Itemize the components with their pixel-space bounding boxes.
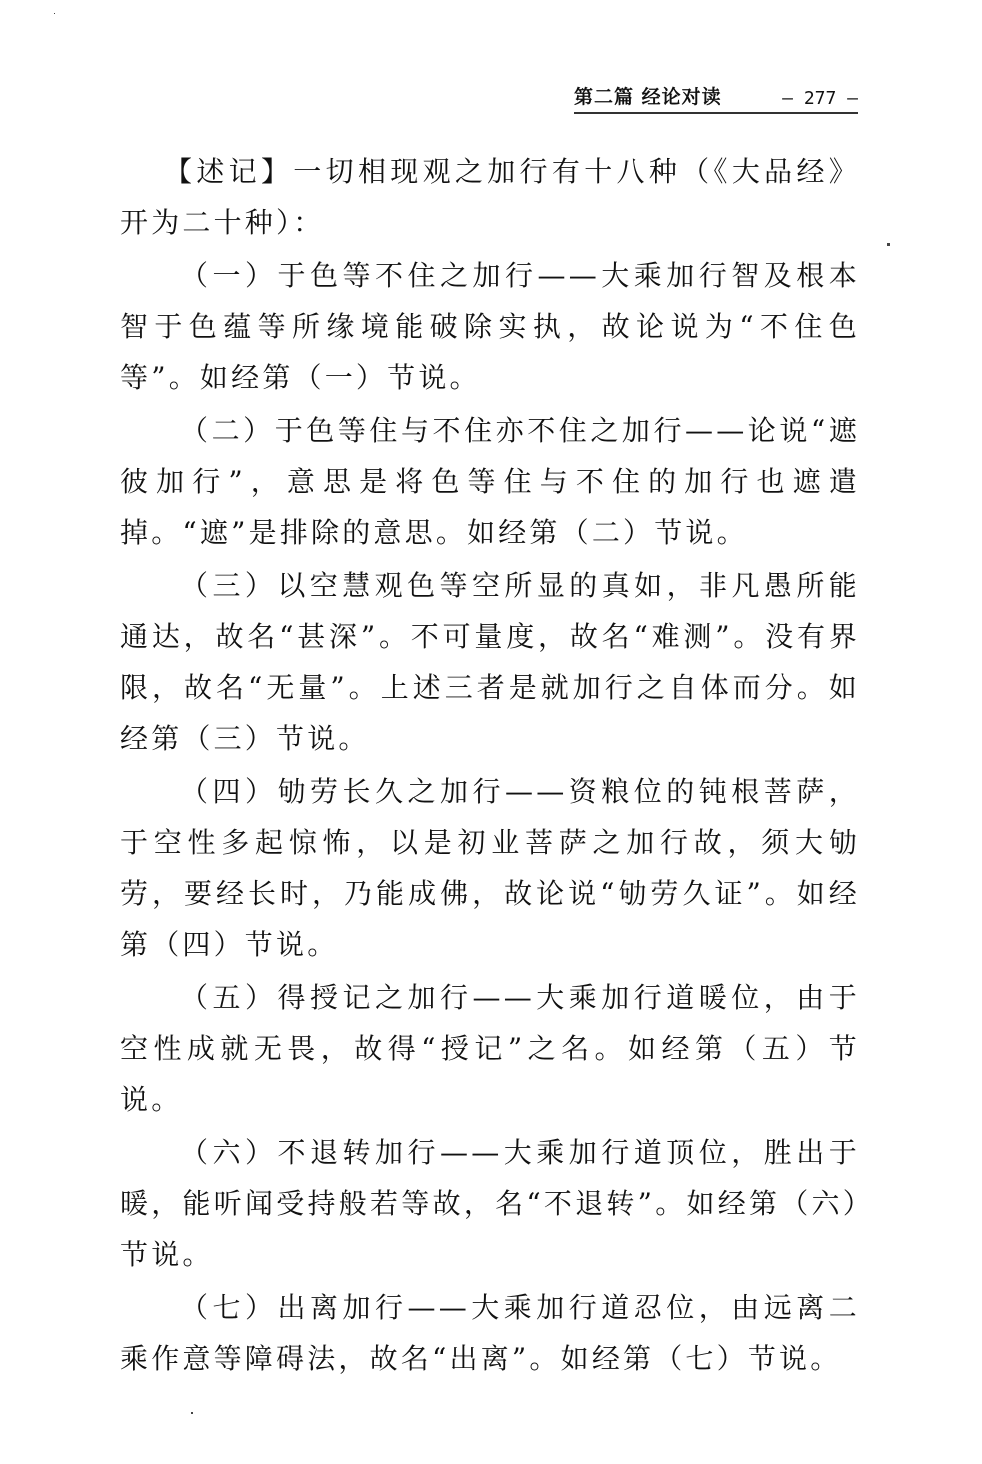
paragraph-item-5: （五）得授记之加行——大乘加行道暖位，由于空性成就无畏，故得“授记”之名。如经第… [120, 972, 860, 1125]
paragraph-item-3: （三）以空慧观色等空所显的真如，非凡愚所能通达，故名“甚深”。不可量度，故名“难… [120, 560, 860, 764]
section-title: 第二篇 经论对读 [574, 82, 722, 109]
scan-speck [801, 1313, 803, 1316]
page-number: — 277 — [782, 88, 858, 109]
book-page: 第二篇 经论对读 — 277 — 【述记】一切相现观之加行有十八种（《大品经》开… [0, 0, 982, 1464]
paragraph-item-6: （六）不退转加行——大乘加行道顶位，胜出于暖，能听闻受持般若等故，名“不退转”。… [120, 1127, 860, 1280]
paragraph-item-2: （二）于色等住与不住亦不住之加行——论说“遮彼加行”，意思是将色等住与不住的加行… [120, 405, 860, 558]
running-header: 第二篇 经论对读 — 277 — [574, 84, 858, 114]
paragraph-item-1: （一）于色等不住之加行——大乘加行智及根本智于色蕴等所缘境能破除实执，故论说为“… [120, 250, 860, 403]
scan-speck [191, 1412, 193, 1414]
scan-speck [887, 243, 890, 246]
paragraph-item-4: （四）劬劳长久之加行——资粮位的钝根菩萨，于空性多起惊怖，以是初业菩萨之加行故，… [120, 766, 860, 970]
body-text: 【述记】一切相现观之加行有十八种（《大品经》开为二十种）： （一）于色等不住之加… [120, 146, 860, 1386]
paragraph-item-7: （七）出离加行——大乘加行道忍位，由远离二乘作意等障碍法，故名“出离”。如经第（… [120, 1282, 860, 1384]
paragraph-lead: 【述记】一切相现观之加行有十八种（《大品经》开为二十种）： [120, 146, 860, 248]
scan-speck [54, 13, 55, 14]
